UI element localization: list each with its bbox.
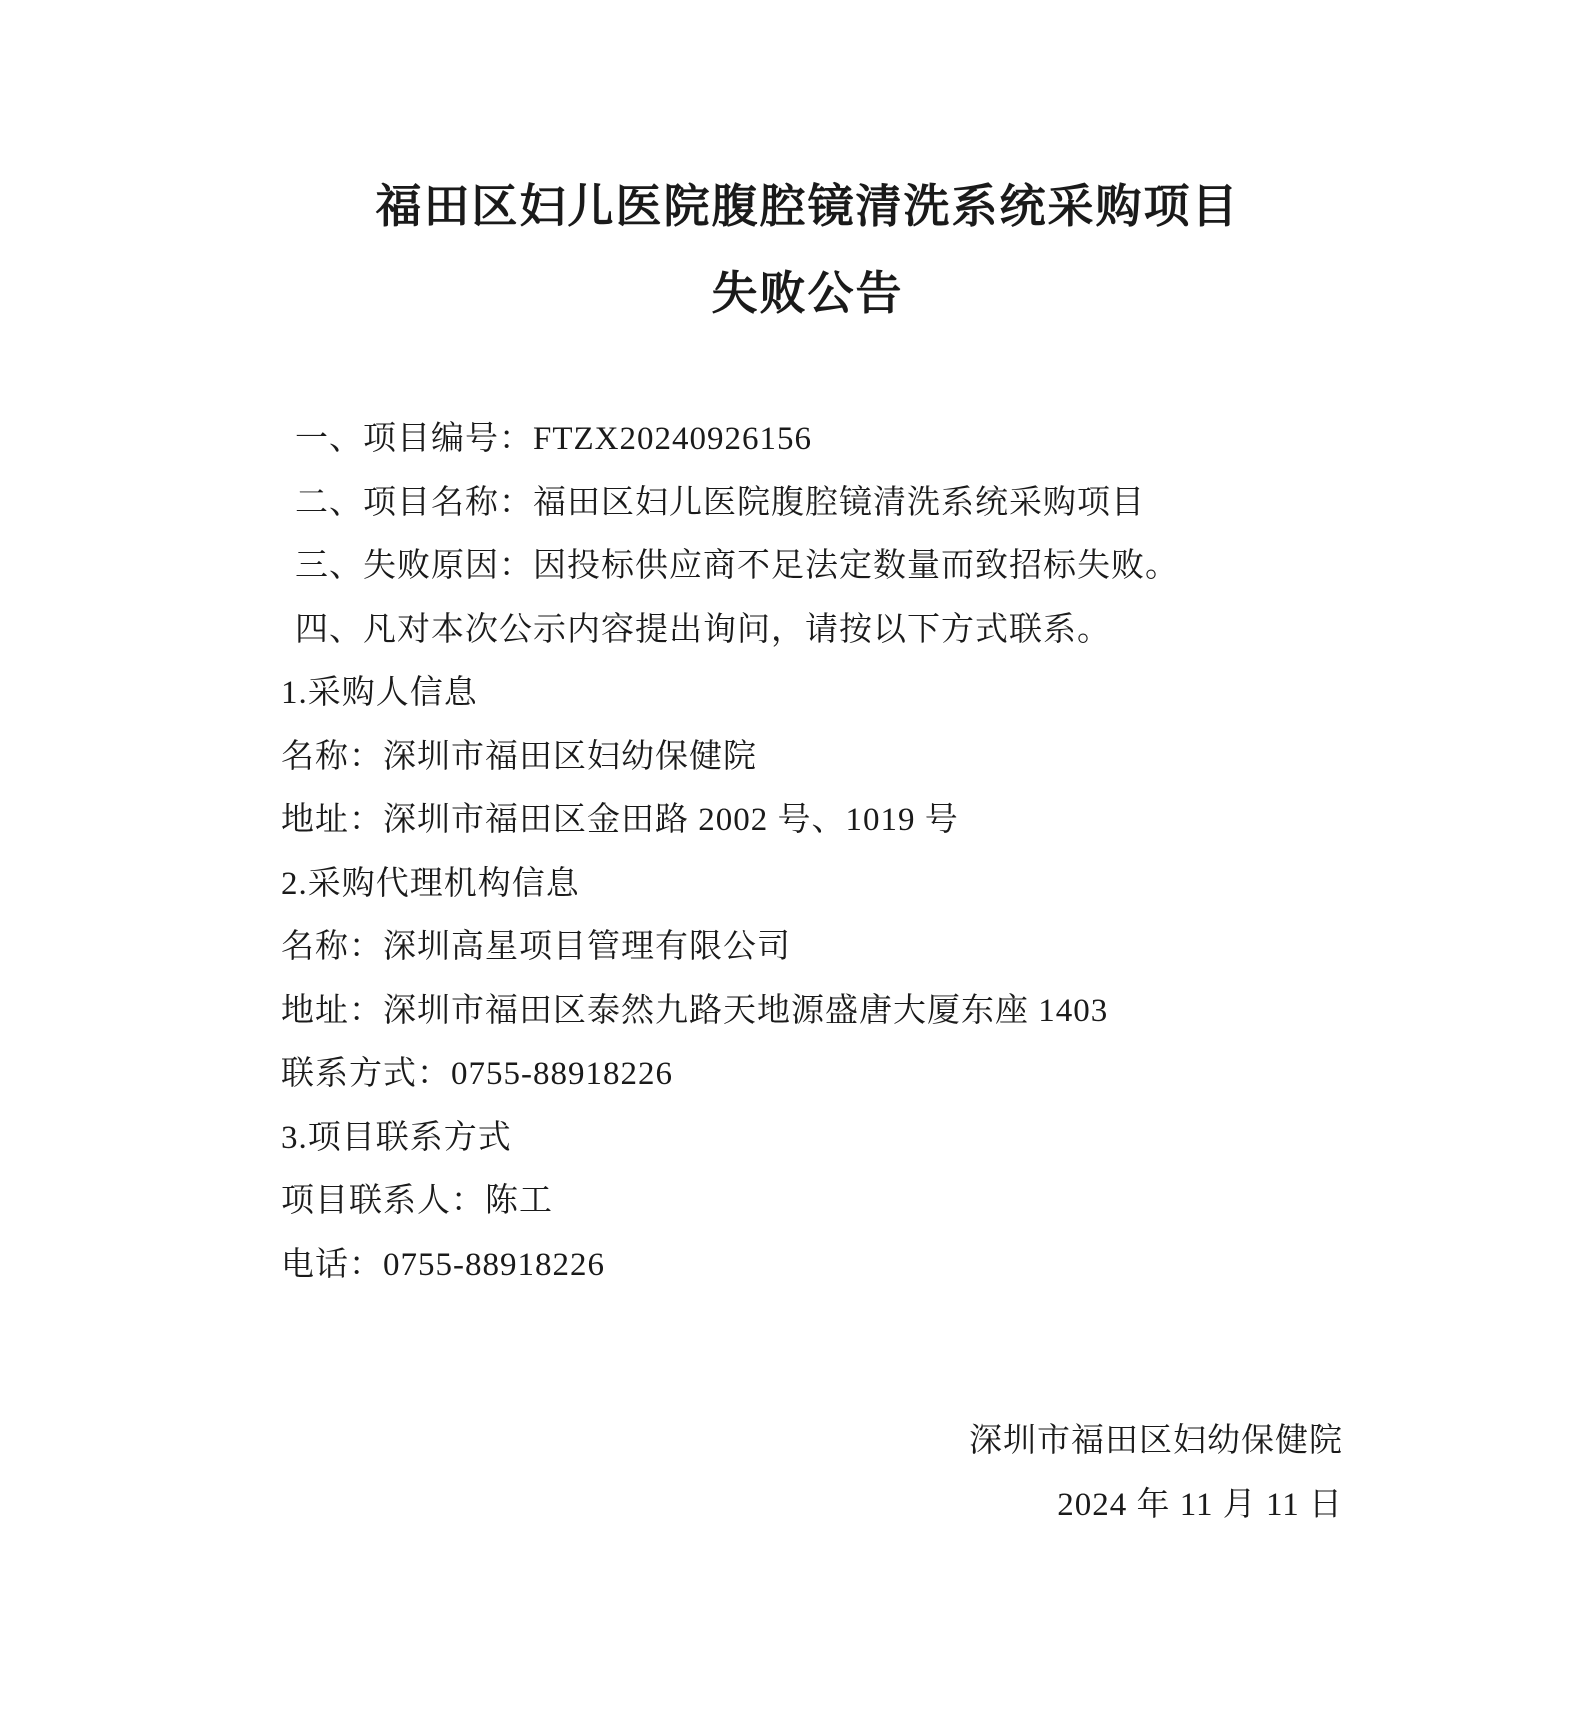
body-line-contact-section: 3.项目联系方式 xyxy=(281,1107,1381,1171)
body-line-inquiry-note: 四、凡对本次公示内容提出询问，请按以下方式联系。 xyxy=(281,599,1381,663)
document-body: 一、项目编号：FTZX20240926156 二、项目名称：福田区妇儿医院腹腔镜… xyxy=(281,408,1381,1297)
body-line-failure-reason: 三、失败原因：因投标供应商不足法定数量而致招标失败。 xyxy=(281,535,1381,599)
body-line-purchaser-address: 地址：深圳市福田区金田路 2002 号、1019 号 xyxy=(281,789,1381,853)
body-line-agency-section: 2.采购代理机构信息 xyxy=(281,853,1381,917)
signature-organization: 深圳市福田区妇幼保健院 xyxy=(272,1410,1343,1474)
body-line-project-number: 一、项目编号：FTZX20240926156 xyxy=(281,408,1381,472)
signature-date: 2024 年 11 月 11 日 xyxy=(272,1474,1343,1538)
signature-block: 深圳市福田区妇幼保健院 2024 年 11 月 11 日 xyxy=(272,1410,1343,1537)
body-line-purchaser-section: 1.采购人信息 xyxy=(281,662,1381,726)
title-line-2: 失败公告 xyxy=(272,269,1343,320)
body-line-agency-contact: 联系方式：0755-88918226 xyxy=(281,1043,1381,1107)
body-line-contact-phone: 电话：0755-88918226 xyxy=(281,1234,1381,1298)
body-line-contact-person: 项目联系人：陈工 xyxy=(281,1170,1381,1234)
body-line-purchaser-name: 名称：深圳市福田区妇幼保健院 xyxy=(281,726,1381,790)
body-line-agency-address: 地址：深圳市福田区泰然九路天地源盛唐大厦东座 1403 xyxy=(281,980,1381,1044)
title-line-1: 福田区妇儿医院腹腔镜清洗系统采购项目 xyxy=(272,182,1343,233)
body-line-agency-name: 名称：深圳高星项目管理有限公司 xyxy=(281,916,1381,980)
body-line-project-name: 二、项目名称：福田区妇儿医院腹腔镜清洗系统采购项目 xyxy=(281,472,1381,536)
document-title: 福田区妇儿医院腹腔镜清洗系统采购项目 失败公告 xyxy=(272,182,1343,319)
document-page: 福田区妇儿医院腹腔镜清洗系统采购项目 失败公告 一、项目编号：FTZX20240… xyxy=(0,0,1587,1714)
